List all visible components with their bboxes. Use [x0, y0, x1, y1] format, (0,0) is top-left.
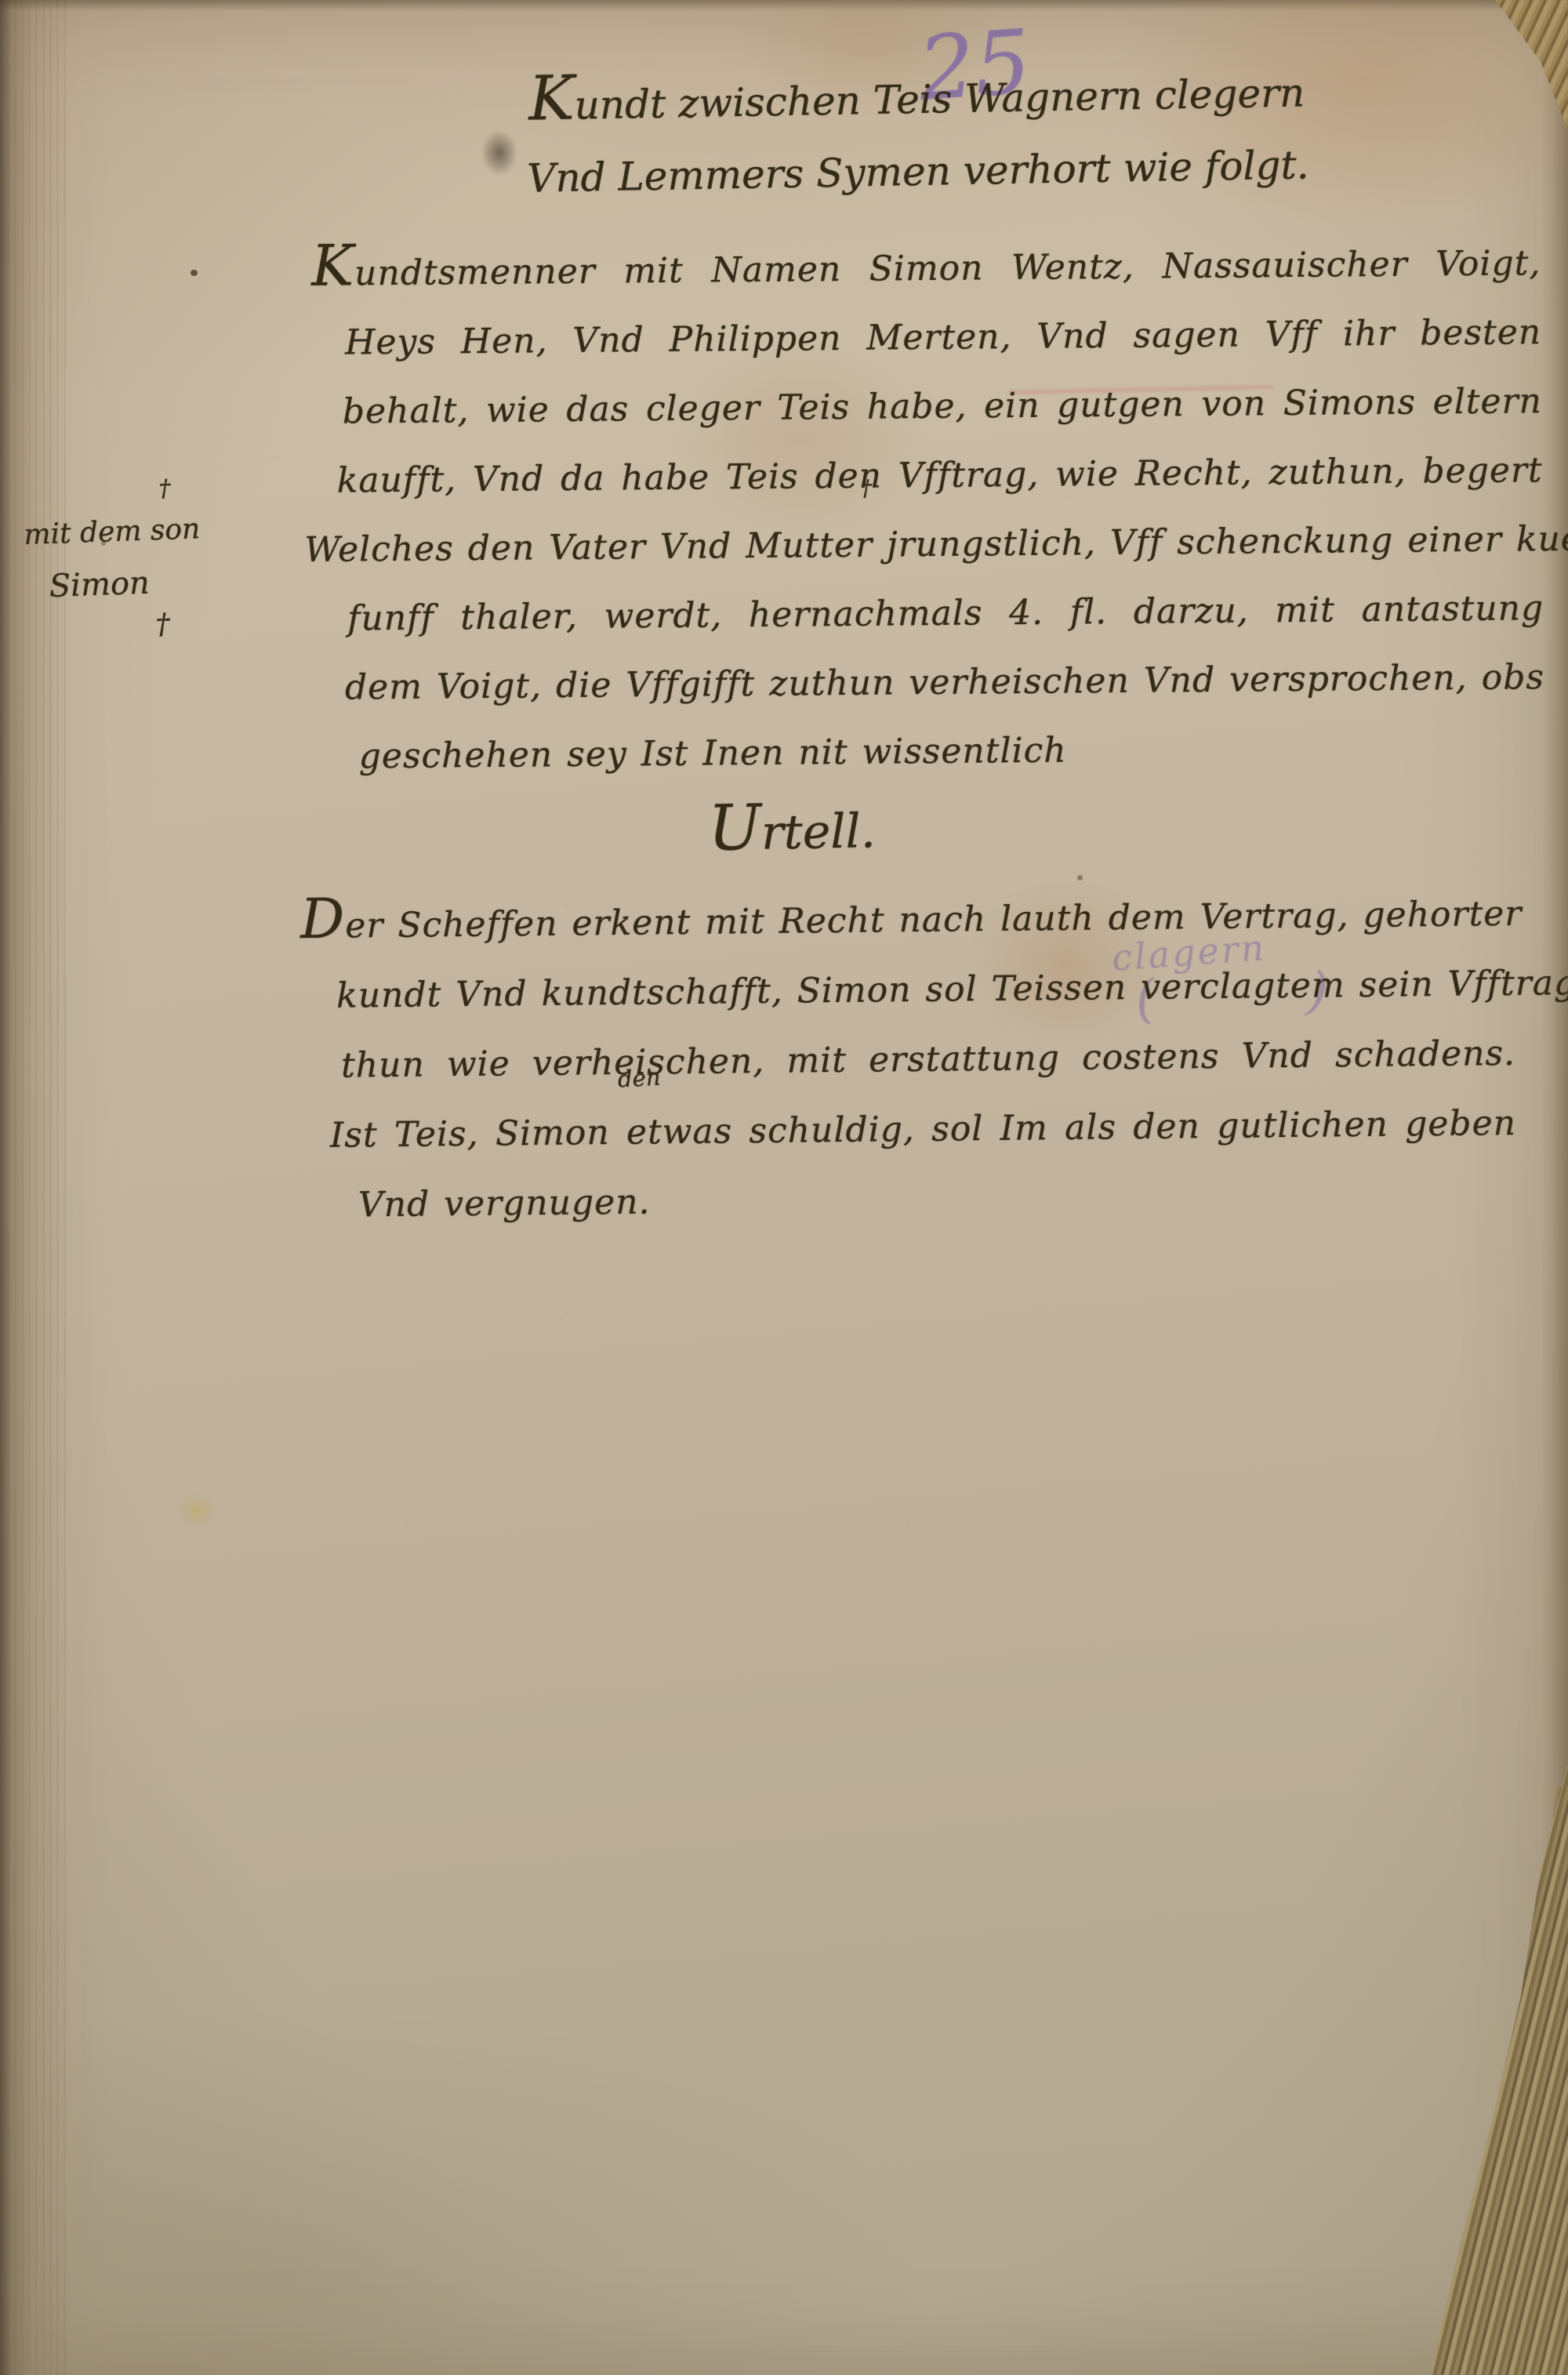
- margin-note-line: Simon: [49, 558, 151, 612]
- paper-stain: [179, 1494, 215, 1527]
- margin-note-mark: †: [155, 611, 170, 640]
- interlinear-superscript: den: [617, 1064, 661, 1093]
- verdict-paragraph: Der Scheffen erkent mit Recht nach lauth…: [300, 872, 1518, 1240]
- page-stack-edge-bottom-right: [1411, 1763, 1568, 2375]
- verdict-line: kundt Vnd kundtschafft, Simon sol Teisse…: [336, 949, 1515, 1031]
- testimony-line: kaufft, Vnd da habe Teis den Vfftrag, wi…: [336, 436, 1543, 515]
- testimony-line: funff thaler, werdt, hernachmals 4. fl. …: [347, 574, 1544, 653]
- verdict-line: thun wie verheischen, mit erstattung cos…: [341, 1019, 1516, 1101]
- testimony-line: Kundtsmenner mit Namen Simon Wentz, Nass…: [311, 220, 1541, 309]
- verdict-line: Der Scheffen erkent mit Recht nach lauth…: [300, 872, 1515, 961]
- record-heading: Kundt zwischen Teis Wagnern clegern Vnd …: [500, 49, 1334, 215]
- binding-gutter-shadow: [0, 0, 67, 2375]
- testimony-line: Welches den Vater Vnd Mutter jrungstlich…: [304, 505, 1544, 585]
- testimony-line: geschehen sey Ist Inen nit wissentlich: [358, 712, 1545, 791]
- ink-fleck: [191, 270, 198, 276]
- testimony-line: dem Voigt, die Vffgifft zuthun verheisch…: [345, 643, 1545, 722]
- testimony-line: Heys Hen, Vnd Philippen Merten, Vnd sage…: [345, 298, 1542, 377]
- verdict-line: Vnd vergnugen.: [358, 1158, 1517, 1240]
- testimony-paragraph: Kundtsmenner mit Namen Simon Wentz, Nass…: [311, 220, 1545, 792]
- page-top-edge-shadow: [0, 0, 1568, 11]
- margin-note-line: mit dem son: [23, 504, 201, 561]
- testimony-line: behalt, wie das cleger Teis habe, ein gu…: [343, 367, 1543, 446]
- margin-note-mark: †: [158, 477, 171, 501]
- manuscript-page: 25 Kundt zwischen Teis Wagnern clegern V…: [0, 0, 1568, 2375]
- verdict-line: Ist Teis, Simon etwas schuldig, sol Im a…: [330, 1088, 1517, 1171]
- verdict-heading: Urtell.: [658, 788, 926, 866]
- heading-line: Vnd Lemmers Symen verhort wie folgt.: [502, 129, 1334, 215]
- insertion-mark: †: [861, 475, 872, 501]
- heading-line: Kundt zwischen Teis Wagnern clegern: [500, 49, 1333, 143]
